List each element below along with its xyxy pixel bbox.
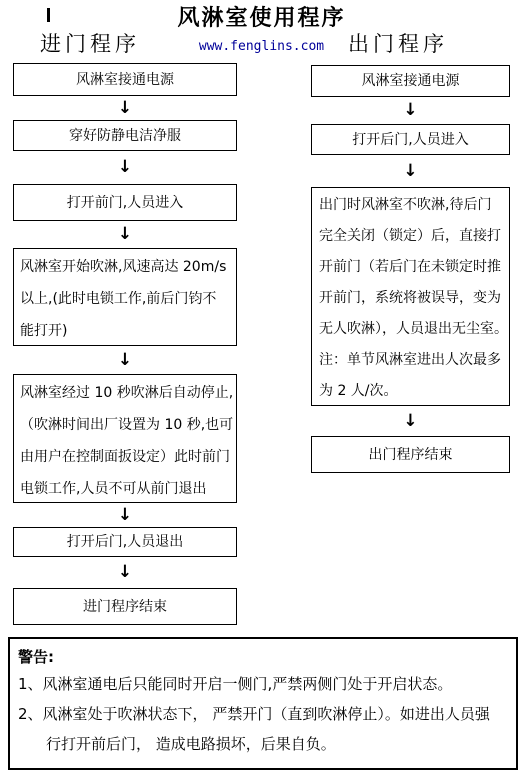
flow-step-label: 打开前门,人员进入: [67, 193, 183, 213]
flow-step-label: 穿好防静电洁净服: [69, 126, 181, 146]
flow-step-enter-front-door: 打开前门,人员进入: [13, 184, 237, 221]
flow-step-line: 为 2 人/次。: [319, 376, 502, 407]
flow-step-no-blow-exit: 出门时风淋室不吹淋,待后门 完全关闭（锁定）后，直接打 开前门（若后门在未锁定时…: [311, 187, 510, 406]
flow-step-line: 风淋室开始吹淋,风速高达 20m/s: [20, 251, 230, 283]
down-arrow-icon: ↓: [13, 557, 237, 588]
flow-step-line: 风淋室经过 10 秒吹淋后自动停止,: [20, 377, 230, 409]
exit-flow-column: 风淋室接通电源 ↓ 打开后门,人员进入 ↓ 出门时风淋室不吹淋,待后门 完全关闭…: [311, 65, 510, 473]
down-arrow-icon: ↓: [13, 151, 237, 184]
exit-procedure-heading: 出门程序: [348, 28, 448, 58]
warning-item-1: 1、风淋室通电后只能同时开启一侧门,严禁两侧门处于开启状态。: [18, 669, 508, 699]
down-arrow-icon: ↓: [13, 221, 237, 248]
flow-step-blowing-starts: 风淋室开始吹淋,风速高达 20m/s 以上,(此时电锁工作,前后门钧不 能打开): [13, 248, 237, 346]
warning-panel: 警告: 1、风淋室通电后只能同时开启一侧门,严禁两侧门处于开启状态。 2、风淋室…: [8, 637, 518, 770]
flow-step-wear-suit: 穿好防静电洁净服: [13, 120, 237, 151]
flow-step-line: 出门时风淋室不吹淋,待后门: [319, 190, 502, 221]
flow-step-line: 电锁工作,人员不可从前门退出: [20, 473, 230, 505]
flow-step-line: 由用户在控制面扳设定）此时前门: [20, 441, 230, 473]
down-arrow-icon: ↓: [13, 503, 237, 527]
down-arrow-icon: ↓: [13, 96, 237, 120]
entry-flow-column: 风淋室接通电源 ↓ 穿好防静电洁净服 ↓ 打开前门,人员进入 ↓ 风淋室开始吹淋…: [13, 63, 237, 625]
flow-step-exit-end: 出门程序结束: [311, 436, 510, 473]
flow-step-label: 出门程序结束: [369, 445, 453, 465]
down-arrow-icon: ↓: [311, 155, 510, 187]
flow-step-auto-stop: 风淋室经过 10 秒吹淋后自动停止, （吹淋时间出厂设置为 10 秒,也可 由用…: [13, 374, 237, 503]
flow-step-line: 开前门（若后门在未锁定时推: [319, 252, 502, 283]
flow-step-enter-back-door: 打开后门,人员进入: [311, 124, 510, 155]
warning-item-2-continued: 行打开前后门， 造成电路损坏，后果自负。: [18, 729, 508, 759]
warning-title: 警告:: [18, 645, 508, 669]
flow-step-label: 进门程序结束: [83, 597, 167, 617]
flow-step-line: 能打开): [20, 315, 230, 347]
flow-step-line: 以上,(此时电锁工作,前后门钧不: [20, 283, 230, 315]
document-page: 风淋室使用程序 进门程序 www.fenglins.com 出门程序 风淋室接通…: [0, 0, 523, 775]
flow-step-line: 注：单节风淋室进出人次最多: [319, 345, 502, 376]
down-arrow-icon: ↓: [13, 346, 237, 374]
flow-step-line: 无人吹淋），人员退出无尘室。: [319, 314, 502, 345]
down-arrow-icon: ↓: [311, 406, 510, 436]
flow-step-exit-back-door: 打开后门,人员退出: [13, 527, 237, 557]
down-arrow-icon: ↓: [311, 97, 510, 124]
flow-step-power-on: 风淋室接通电源: [13, 63, 237, 96]
flow-step-line: 开前门，系统将被误导，变为: [319, 283, 502, 314]
flow-step-line: （吹淋时间出厂设置为 10 秒,也可: [20, 409, 230, 441]
flow-step-label: 风淋室接通电源: [362, 71, 460, 91]
flow-step-entry-end: 进门程序结束: [13, 588, 237, 625]
flow-step-line: 完全关闭（锁定）后，直接打: [319, 221, 502, 252]
warning-item-2: 2、风淋室处于吹淋状态下， 严禁开门（直到吹淋停止）。如进出人员强: [18, 699, 508, 729]
flow-step-label: 打开后门,人员退出: [67, 532, 183, 552]
flow-step-label: 打开后门,人员进入: [352, 130, 468, 150]
flow-step-power-on: 风淋室接通电源: [311, 65, 510, 97]
flow-step-label: 风淋室接通电源: [76, 70, 174, 90]
